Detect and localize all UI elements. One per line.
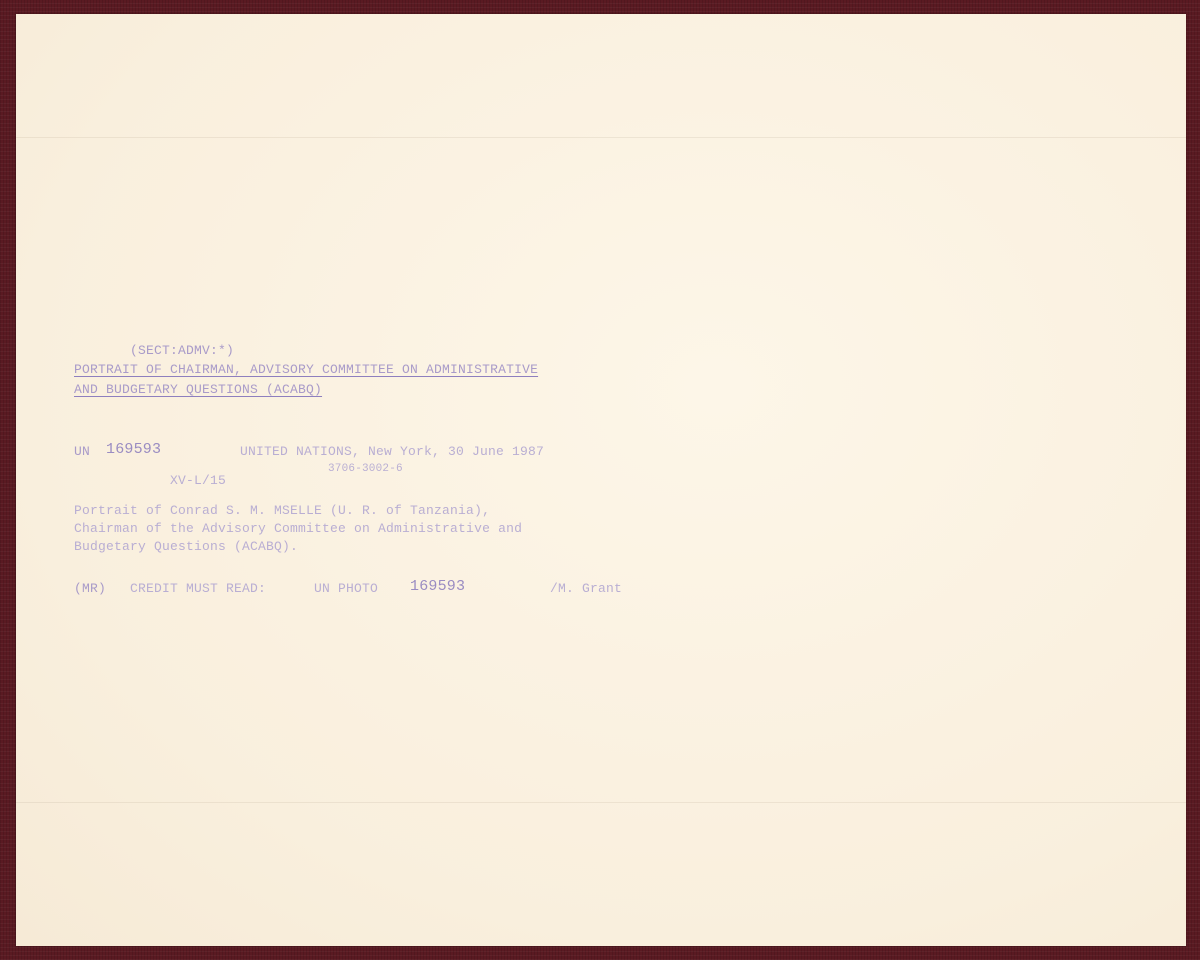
credit-source: UN PHOTO [314, 580, 378, 597]
caption-line-2: Chairman of the Advisory Committee on Ad… [74, 520, 522, 537]
caption-sheet: (SECT:ADMV:*) PORTRAIT OF CHAIRMAN, ADVI… [16, 14, 1186, 946]
negative-reference: 3706-3002-6 [328, 461, 403, 478]
photo-number: 169593 [106, 441, 161, 458]
credit-label: CREDIT MUST READ: [130, 580, 266, 597]
section-code: (SECT:ADMV:*) [130, 342, 234, 359]
file-code: XV-L/15 [170, 472, 226, 489]
paper-crease [16, 137, 1186, 138]
headline-line-2: AND BUDGETARY QUESTIONS (ACABQ) [74, 381, 322, 398]
photo-number-label: UN [74, 443, 90, 460]
caption-line-1: Portrait of Conrad S. M. MSELLE (U. R. o… [74, 502, 490, 519]
dateline: UNITED NATIONS, New York, 30 June 1987 [240, 443, 544, 460]
credit-photo-number: 169593 [410, 578, 465, 595]
headline-line-1: PORTRAIT OF CHAIRMAN, ADVISORY COMMITTEE… [74, 361, 538, 378]
credit-code: (MR) [74, 580, 106, 597]
caption-line-3: Budgetary Questions (ACABQ). [74, 538, 298, 555]
paper-crease [16, 802, 1186, 803]
photographer: /M. Grant [550, 580, 622, 597]
